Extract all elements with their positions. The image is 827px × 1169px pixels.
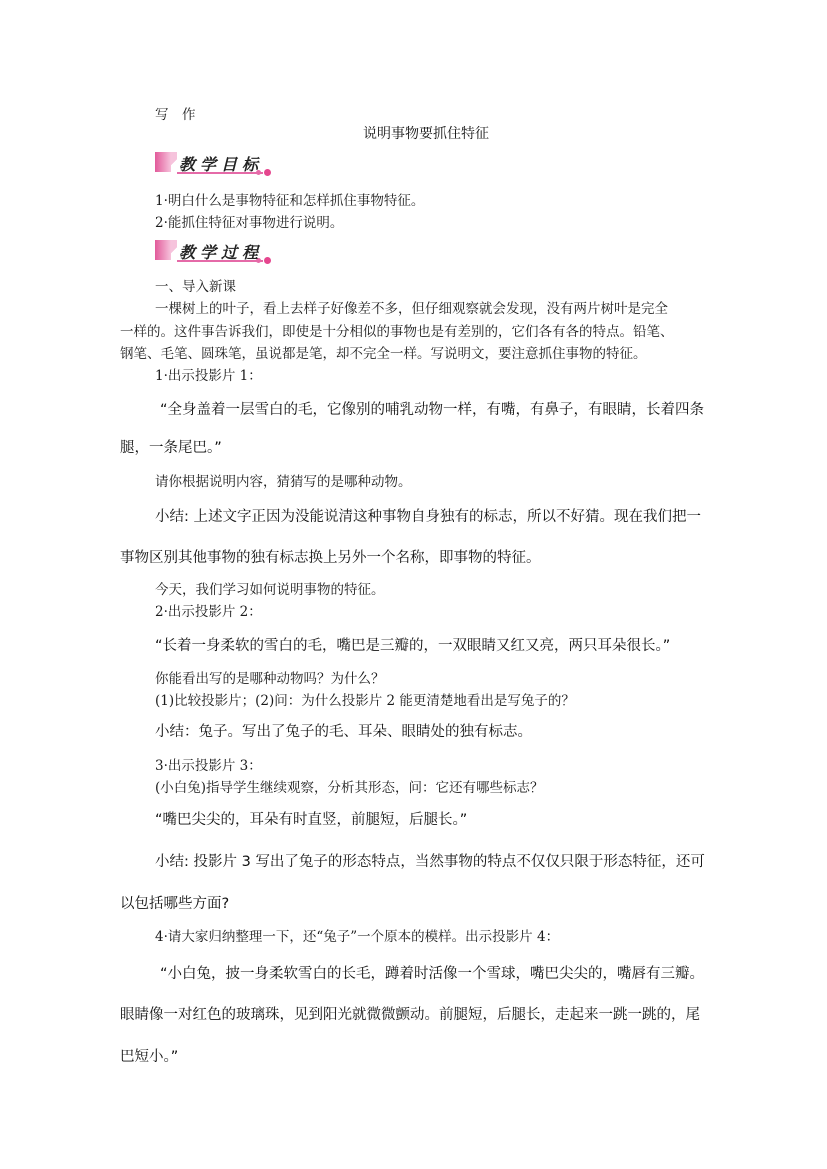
paragraph-line: 今天，我们学习如何说明事物的特征。 xyxy=(155,578,385,598)
question: (1)比较投影片；(2)问：为什么投影片 2 能更清楚地看出是写兔子的？ xyxy=(155,689,575,709)
slide-quote: “小白兔，披一身柔软雪白的长毛，蹲着时活像一个雪球，嘴巴尖尖的，嘴唇有三瓣。 xyxy=(160,962,704,983)
goal-item: 1·明白什么是事物特征和怎样抓住事物特征。 xyxy=(155,189,424,209)
dot-icon xyxy=(264,169,271,176)
question: 你能看出写的是哪种动物吗？为什么？ xyxy=(155,667,385,687)
summary: 小结：兔子。写出了兔子的毛、耳朵、眼睛处的独有标志。 xyxy=(155,720,532,741)
summary: 小结: 上述文字正因为没能说清这种事物自身独有的标志，所以不好猜。现在我们把一 xyxy=(155,505,701,526)
header-bar-decoration xyxy=(155,152,171,172)
slide-label: 2·出示投影片 2： xyxy=(155,600,262,620)
page-title: 说明事物要抓住特征 xyxy=(363,123,489,143)
goal-item: 2·能抓住特征对事物进行说明。 xyxy=(155,211,343,231)
summary: 小结: 投影片 3 写出了兔子的形态特点，当然事物的特点不仅仅只限于形态特征，还… xyxy=(155,850,705,871)
paragraph-line: 钢笔、毛笔、圆珠笔，虽说都是笔，却不完全一样。写说明文，要注意抓住事物的特征。 xyxy=(120,342,647,362)
section-heading: 教学过程 xyxy=(179,240,263,263)
section-header-process: 教学过程 xyxy=(155,238,275,266)
slide-quote: “全身盖着一层雪白的毛，它像别的哺乳动物一样，有嘴，有鼻子，有眼睛，长着四条 xyxy=(160,398,704,419)
section-heading: 教学目标 xyxy=(179,152,263,175)
category-label: 写 作 xyxy=(155,103,196,123)
slide-quote: “嘴巴尖尖的，耳朵有时直竖，前腿短，后腿长。” xyxy=(155,808,467,829)
paragraph-line: 一样的。这件事告诉我们，即使是十分相似的事物也是有差别的，它们各有各的特点。铅笔… xyxy=(120,320,674,340)
slide-label: 1·出示投影片 1： xyxy=(155,364,262,384)
slide-label: 4·请大家归纳整理一下，还“兔子”一个原本的模样。出示投影片 4： xyxy=(155,925,559,945)
header-slant-decoration xyxy=(171,152,177,172)
question: 请你根据说明内容，猜猜写的是哪种动物。 xyxy=(155,470,412,490)
section-header-goals: 教学目标 xyxy=(155,150,275,178)
slide-quote: 腿，一条尾巴。” xyxy=(120,436,222,457)
paragraph-line: 一棵树上的叶子，看上去样子好像差不多，但仔细观察就会发现，没有两片树叶是完全 xyxy=(155,297,668,317)
dot-icon xyxy=(264,257,271,264)
slide-quote: “长着一身柔软的雪白的毛，嘴巴是三瓣的，一双眼睛又红又亮，两只耳朵很长。” xyxy=(155,634,670,655)
header-slant-decoration xyxy=(171,240,177,260)
header-bar-decoration xyxy=(155,240,171,260)
instruction: (小白兔)指导学生继续观察，分析其形态，问：它还有哪些标志？ xyxy=(155,776,544,796)
summary: 事物区别其他事物的独有标志换上另外一个名称，即事物的特征。 xyxy=(120,546,541,567)
slide-quote: 眼睛像一对红色的玻璃珠，见到阳光就微微颤动。前腿短，后腿长，走起来一跳一跳的，尾 xyxy=(120,1003,700,1024)
summary: 以包括哪些方面? xyxy=(120,892,229,913)
part-title: 一、导入新课 xyxy=(155,275,236,295)
slide-quote: 巴短小。” xyxy=(120,1045,178,1066)
slide-label: 3·出示投影片 3： xyxy=(155,754,262,774)
